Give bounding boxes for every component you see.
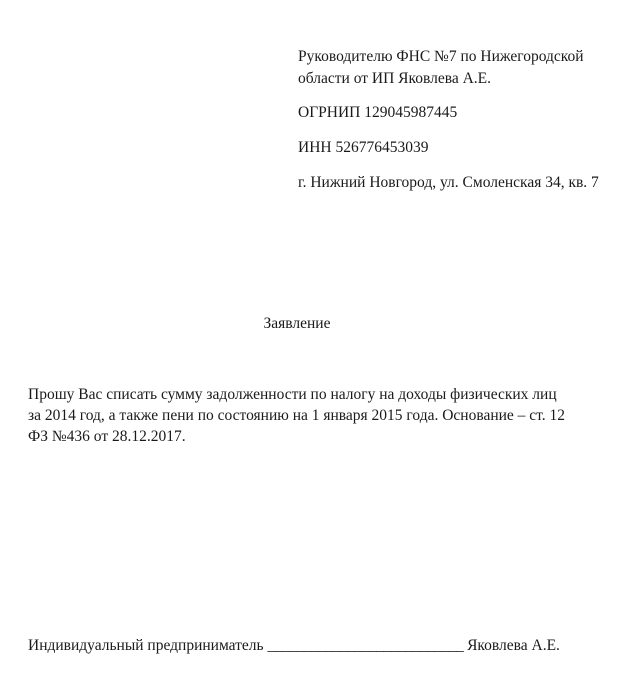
signature-blank: ___________________________: [267, 636, 463, 656]
signature-role: Индивидуальный предприниматель: [28, 637, 264, 654]
document-title: Заявление: [0, 314, 594, 334]
addressee-line-1: Руководителю ФНС №7 по Нижегородской: [298, 47, 584, 67]
addressee-line-2: области от ИП Яковлева А.Е.: [298, 69, 491, 89]
signature-name: Яковлева А.Е.: [467, 637, 560, 654]
body-line-2: за 2014 год, а также пени по состоянию н…: [28, 406, 565, 426]
inn: ИНН 526776453039: [298, 138, 428, 158]
body-line-1: Прошу Вас списать сумму задолженности по…: [28, 385, 557, 405]
body-line-3: ФЗ №436 от 28.12.2017.: [28, 427, 186, 447]
ogrnip: ОГРНИП 129045987445: [298, 103, 457, 123]
address: г. Нижний Новгород, ул. Смоленская 34, к…: [298, 173, 599, 193]
signature-line: Индивидуальный предприниматель _________…: [28, 636, 560, 656]
